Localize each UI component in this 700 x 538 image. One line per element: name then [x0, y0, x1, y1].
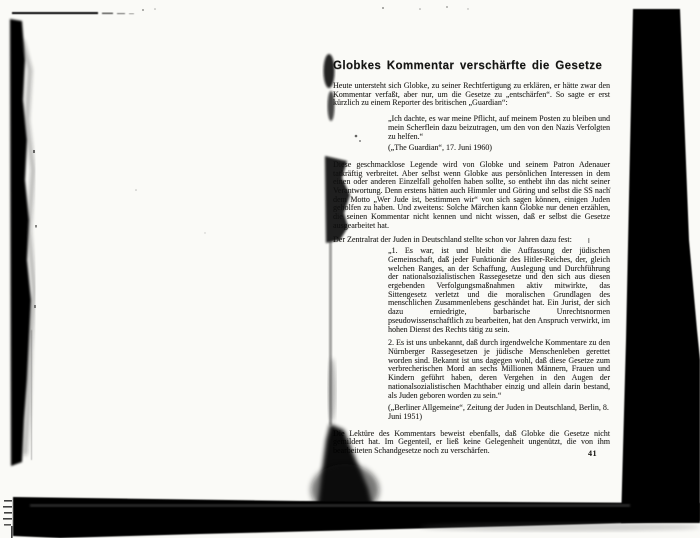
paragraph-closing: Die Lektüre des Kommentars beweist ebenf… — [333, 430, 610, 456]
top-edge-line-artifact — [12, 8, 156, 14]
page-number: 41 — [588, 449, 597, 458]
left-spine-band-artifact — [10, 19, 37, 466]
quote-guardian: „Ich dachte, es war meine Pflicht, auf m… — [388, 115, 610, 141]
citation-berliner-allgemeine: („Berliner Allgemeine“, Zeitung der Jude… — [388, 404, 610, 421]
quote-zentralrat-point-2: 2. Es ist uns unbekannt, daß durch irgen… — [388, 339, 610, 400]
book-page-scan: Globkes Kommentar verschärfte die Gesetz… — [0, 0, 700, 538]
quote-zentralrat-point-1: „1. Es war, ist und bleibt die Auffassun… — [388, 247, 610, 334]
bottom-scan-band-artifact — [3, 497, 700, 538]
paragraph-zentralrat-intro: Der Zentralrat der Juden in Deutschland … — [333, 236, 610, 245]
paragraph-intro: Heute untersteht sich Globke, zu seiner … — [333, 82, 610, 108]
citation-guardian: („The Guardian“, 17. Juni 1960) — [388, 144, 610, 153]
paragraph-legende: Diese geschmacklose Legende wird von Glo… — [333, 161, 610, 231]
page-title: Globkes Kommentar verschärfte die Gesetz… — [333, 60, 610, 72]
right-scan-background-artifact — [621, 9, 700, 523]
article-column: Globkes Kommentar verschärfte die Gesetz… — [333, 60, 610, 456]
